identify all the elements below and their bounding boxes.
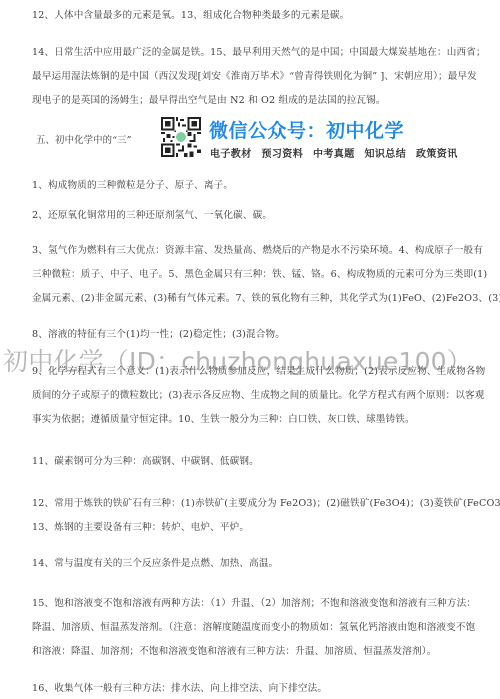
item-3-line-c: 金属元素、(2)非金属元素、(3)稀有气体元素。7、铁的氧化物有三种，其化学式为…: [32, 293, 472, 305]
text-line-14-15-c: 现电子的是英国的汤姆生；最早得出空气是由 N2 和 O2 组成的是法国的拉瓦锡。: [32, 95, 472, 107]
item-9-line-c: 事实为依据；遵循质量守恒定律。10、生铁一般分为三种：白口铁、灰口铁、球墨铸铁。: [32, 414, 472, 426]
document-page: 12、人体中含量最多的元素是氧。13、组成化合物种类最多的元素是碳。 14、日常…: [0, 0, 500, 699]
item-13: 13、炼钢的主要设备有三种：转炉、电炉、平炉。: [32, 522, 472, 534]
item-8: 8、溶液的特征有三个(1)均一性；(2)稳定性；(3)混合物。: [32, 329, 472, 341]
tag-preview: 预习资料: [262, 149, 304, 160]
item-9-line-b: 质间的分子或原子的微粒数比；(3)表示各反应物、生成物之间的质量比。化学方程式有…: [32, 390, 472, 402]
text-line-14-15-a: 14、日常生活中应用最广泛的金属是铁。15、最早利用天然气的是中国；中国最大煤炭…: [32, 47, 472, 59]
item-3-line-a: 3、氢气作为燃料有三大优点：资源丰富、发热量高、燃烧后的产物是水不污染环境。4、…: [32, 245, 472, 257]
banner-tags: 电子教材 预习资料 中考真题 知识总结 政策资讯: [210, 145, 464, 160]
text-line-14-15-b: 最早运用湿法炼铜的是中国（西汉发现[刘安《淮南万毕术》“曾青得铁则化为铜” ]、…: [32, 71, 472, 83]
item-9-line-a: 9、化学方程式有三个意义：(1)表示什么物质参加反应，结果生成什么物质；(2)表…: [32, 366, 472, 378]
item-12: 12、常用于炼铁的铁矿石有三种：(1)赤铁矿(主要成分为 Fe2O3)；(2)磁…: [32, 498, 472, 510]
tag-exam: 中考真题: [313, 149, 355, 160]
item-2: 2、还原氧化铜常用的三种还原剂氢气、一氧化碳、碳。: [32, 210, 472, 222]
item-16: 16、收集气体一般有三种方法：排水法、向上排空法、向下排空法。: [32, 683, 472, 695]
item-14: 14、常与温度有关的三个反应条件是点燃、加热、高温。: [32, 558, 472, 570]
item-15-line-a: 15、饱和溶液变不饱和溶液有两种方法：（1）升温、（2）加溶剂；不饱和溶液变饱和…: [32, 598, 472, 610]
tag-policy: 政策资讯: [416, 149, 458, 160]
tag-textbook: 电子教材: [210, 149, 252, 160]
qr-code-icon[interactable]: [161, 117, 201, 157]
wechat-account-title: 微信公众号：初中化学: [209, 116, 404, 143]
item-15-line-c: 和溶液：降温、加溶剂；不饱和溶液变饱和溶液有三种方法：升温、加溶质、恒温蒸发溶剂…: [32, 646, 472, 658]
item-1: 1、构成物质的三种微粒是分子、原子、离子。: [32, 180, 472, 192]
tag-summary: 知识总结: [365, 149, 407, 160]
item-11: 11、碳素钢可分为三种：高碳钢、中碳钢、低碳钢。: [32, 456, 472, 468]
text-line-elements-12-13: 12、人体中含量最多的元素是氧。13、组成化合物种类最多的元素是碳。: [32, 10, 472, 22]
item-3-line-b: 三种微粒：质子、中子、电子。5、黑色金属只有三种：铁、锰、铬。6、构成物质的元素…: [32, 269, 472, 281]
item-15-line-b: 降温、加溶质、恒温蒸发溶剂。（注意：溶解度随温度而变小的物质如：氢氧化钙溶液由饱…: [32, 622, 472, 634]
wechat-promo-banner: 微信公众号：初中化学 电子教材 预习资料 中考真题 知识总结 政策资讯: [161, 117, 451, 167]
